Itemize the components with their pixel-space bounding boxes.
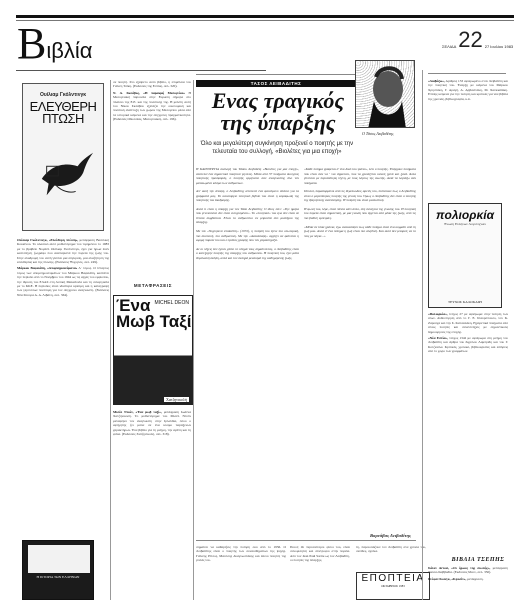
review-lead: Στέφαν Κοινγκ, «Κρυσίν», [428,577,466,581]
cover-title: πολιορκία [429,208,501,222]
feature-bottom-left: σημαίνει να καθαρίζεις την ποίηση σου απ… [196,545,286,600]
feature-bottom-mid: Ποιοί; Οι περισσότεροι φίλοι του, είναι … [290,545,350,600]
review-text: μετάφραση. [467,577,483,581]
feature-body-1: Η ΚΑΙΝΟΥΡΓΙΑ συλλογή του Τάσου Λειβαδίτη… [196,167,299,259]
feature-column-1: Η ΚΑΙΝΟΥΡΓΙΑ συλλογή του Τάσου Λειβαδίτη… [196,163,299,523]
issue-date: 27 Ιουλίου 1983 [485,44,513,49]
masthead-rest: ιβλία [46,38,92,63]
right-column-text-mid: «Πολιορκία», τεύχος 27 με αφιέρωμα στην … [428,312,508,552]
cover-illustration [28,545,90,573]
top-rule [16,15,514,18]
second-column-text-bottom: Μισέλ Ντεόν, «Ένα μωβ ταξί», μετάφραση Ι… [113,410,191,600]
left-column-text: Ουίλιαμ Γκόλντινγκ, «Ελεύθερη πτώση», με… [17,238,109,538]
feature-headline: Ενας τραγικός της ύπαρξης [198,90,358,134]
column-divider [422,70,423,600]
magazine-cover-epopteia: ΕΠΟΠΤΕΙΑ ΟΚΤΩΒΡΙΟΣ 1983 [356,572,430,600]
cover-publisher: Χατζηνικολή [164,397,189,402]
review-lead: «Διαβάζω», [428,79,445,83]
top-rule-thin [16,20,514,21]
section-label-translations: ΜΕΤΑΦΡΑΣΕΙΣ [113,283,193,288]
review-lead: Ουίλιαμ Γκόλντινγκ, «Ελεύθερη πτώση», [17,238,78,242]
intro-text: σε ποιητή. Στο εξαίρετο αυτό βιβλίο, η ε… [113,80,191,88]
portrait-icon [356,61,415,128]
cover-bottom: ΤΕΥΧΟΣ ΚΑΛΟΚΑΙΡΙ [429,300,501,304]
review-lead: «Πολιορκία», [428,312,448,316]
bottom-text: τη, παρουσιάζουν τον Λειβαδίτη στα χρόνι… [356,545,426,553]
review-lead: Σάλεν Αντονι, «Οι ήρωες της σιωπής», [428,566,490,570]
cover-author: MICHEL DEON [154,300,189,306]
right-column-text-bottom: Σάλεν Αντονι, «Οι ήρωες της σιωπής», μετ… [428,566,508,600]
feature-body-2: «Κάθε ποίημα γράφεται σ' ένα δικό του τρ… [304,167,416,237]
magazine-cover-poliorkia: πολιορκία Ένωση Ελλήνων Λογοτεχνών ΤΕΥΧΟ… [428,203,502,308]
bottom-text: Ποιοί; Οι περισσότεροι φίλοι του, είναι … [290,545,350,562]
column-divider [193,80,194,600]
book-cover-eleftheri-ptosi: Ουίλιαμ Γκόλντινγκ ΕΛΕΥΘΕΡΗ ΠΤΩΣΗ [22,83,104,231]
masthead-initial: Β [17,19,46,68]
feature-bottom-rule [196,540,416,541]
second-column-text-top: σε ποιητή. Στο εξαίρετο αυτό βιβλίο, η ε… [113,80,191,280]
review-lead: «Νέα Εστία», [428,336,448,340]
review-text: Η Μεσογειακή παρουσία στην Ευρώπη σήμερα… [113,91,191,121]
feature-kicker: ΤΑΣΟΣ ΛΕΙΒΑΔΙΤΗΣ [196,80,356,87]
bottom-cover-text: τη, παρουσιάζουν τον Λειβαδίτη στα χρόνι… [356,545,426,569]
feature-top-rule [196,74,356,75]
review-lead: Ν. Α. Σκλάβος, «Η παρακμή Μεσογείου» [113,91,185,95]
review-text: Δ΄ τόμος. Ο τέταρτος τόμος των απομνημον… [17,266,109,296]
cover-author: Ουίλιαμ Γκόλντινγκ [23,92,103,98]
cover-title: Η ΙΣΤΟΡΙΑ ΤΩΝ ΕΛΛΗΝΩΝ [25,575,91,580]
section-head-pocket-books: ΒΙΒΛΙΑ ΤΣΕΠΗΣ [430,557,526,563]
section-masthead: Βιβλία [17,22,93,66]
book-cover-ena-mov-taxi: Ένα Μωβ Ταξί MICHEL DEON Χατζηνικολή [113,295,193,405]
review-text: μετάφραση Βασιλική Κοκκίνου. Το κλασικό … [17,238,109,264]
page-label: ΣΕΛΙΔΑ [442,44,456,49]
cover-title: ΕΠΟΠΤΕΙΑ [357,573,429,584]
page-info: ΣΕΛΙΔΑ 22 27 Ιουλίου 1983 [442,31,513,49]
cover-title: ΕΛΕΥΘΕΡΗ ΠΤΩΣΗ [23,101,103,125]
right-column-text-top: «Διαβάζω», Αριθμός 133 αφιερωμένο στον Λ… [428,79,508,199]
review-lead: Μάρκου Βαφειάδη, «Απομνημονεύματα» [17,266,77,270]
feature-deck: Όλο και μεγαλύτερη συγκίνηση προξενεί ο … [196,140,358,156]
book-cover-istoria: Η ΙΣΤΟΡΙΑ ΤΩΝ ΕΛΛΗΝΩΝ [22,540,94,600]
article-signature: Βαρνάβας Λειβαδίτης [370,533,411,538]
photo-caption: Ο Τάσος Λειβαδίτης [362,131,394,136]
bottom-text: σημαίνει να καθαρίζεις την ποίηση σου απ… [196,545,286,562]
bird-illustration-icon [37,144,95,204]
page-number: 22 [458,31,482,49]
feature-column-2: «Κάθε ποίημα γράφεται σ' ένα δικό του τρ… [304,163,416,531]
right-top-rule [428,73,506,74]
author-photo [355,60,415,128]
column-divider [110,80,111,600]
masthead-underline [16,70,266,71]
cover-subtitle: ΟΚΤΩΒΡΙΟΣ 1983 [357,584,429,588]
review-text: μετάφραση Ιωάννα Χατζηνικολή. Το μυθιστό… [113,410,191,436]
cover-subtitle: Ένωση Ελλήνων Λογοτεχνών [429,222,501,226]
